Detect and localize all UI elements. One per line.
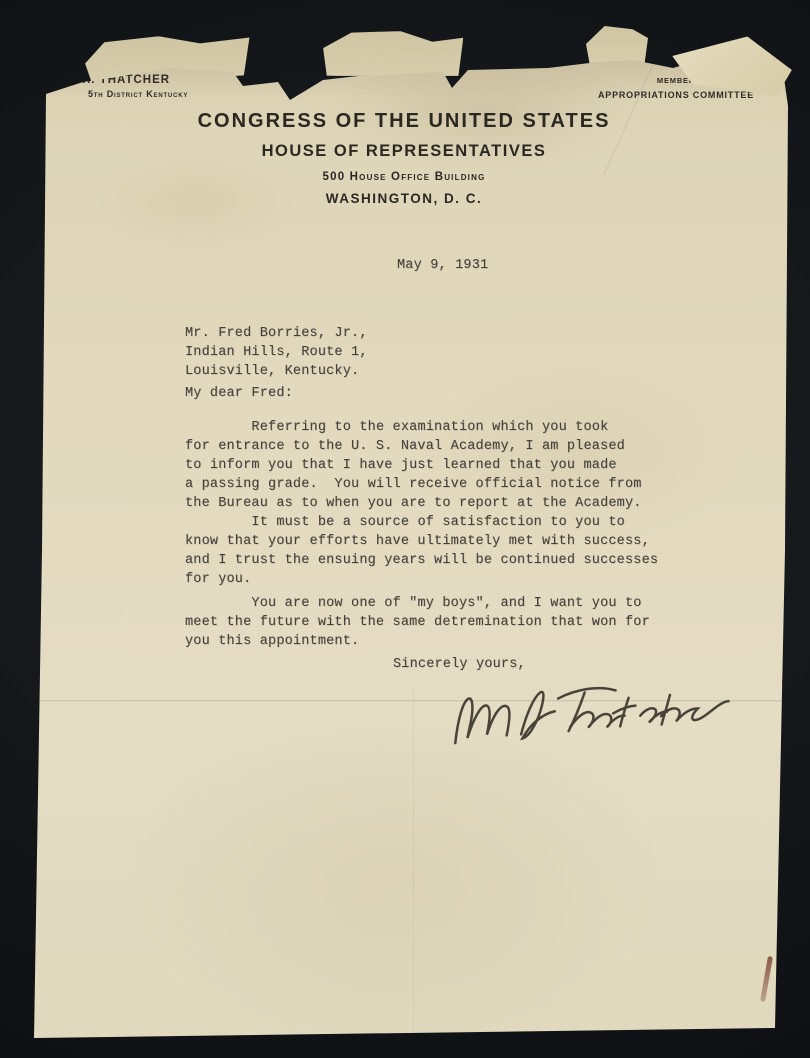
org-city: WASHINGTON, D. C. [28, 191, 780, 206]
letter-sheet: M. H. THATCHER 5th District Kentucky MEM… [28, 30, 790, 1042]
body-paragraph: Referring to the examination which you t… [185, 418, 642, 513]
torn-paper-scrap [323, 30, 464, 78]
org-house: HOUSE OF REPRESENTATIVES [28, 142, 780, 161]
edge-fleck [782, 678, 787, 686]
closing-line: Sincerely yours, [393, 655, 526, 674]
pencil-mark [760, 956, 773, 1002]
torn-paper-scrap [586, 26, 648, 66]
fold-crease-vertical [413, 690, 415, 1035]
body-paragraph: You are now one of "my boys", and I want… [185, 594, 650, 651]
letterhead-sender-block: M. H. THATCHER 5th District Kentucky [63, 74, 188, 99]
org-congress: CONGRESS OF THE UNITED STATES [28, 110, 780, 133]
letterhead-center-block: CONGRESS OF THE UNITED STATES HOUSE OF R… [28, 110, 790, 206]
org-building: 500 House Office Building [28, 171, 780, 183]
recipient-address: Mr. Fred Borries, Jr., Indian Hills, Rou… [185, 324, 368, 381]
sender-name: M. H. THATCHER [63, 74, 188, 86]
committee-label: APPROPRIATIONS COMMITTEE [586, 90, 766, 100]
letter-date: May 9, 1931 [397, 256, 488, 275]
body-paragraph: It must be a source of satisfaction to y… [185, 513, 658, 589]
scanned-letter-photo: { "document_type": "scanned typewritten … [0, 0, 810, 1058]
sender-district: 5th District Kentucky [88, 89, 188, 99]
salutation: My dear Fred: [185, 384, 293, 403]
